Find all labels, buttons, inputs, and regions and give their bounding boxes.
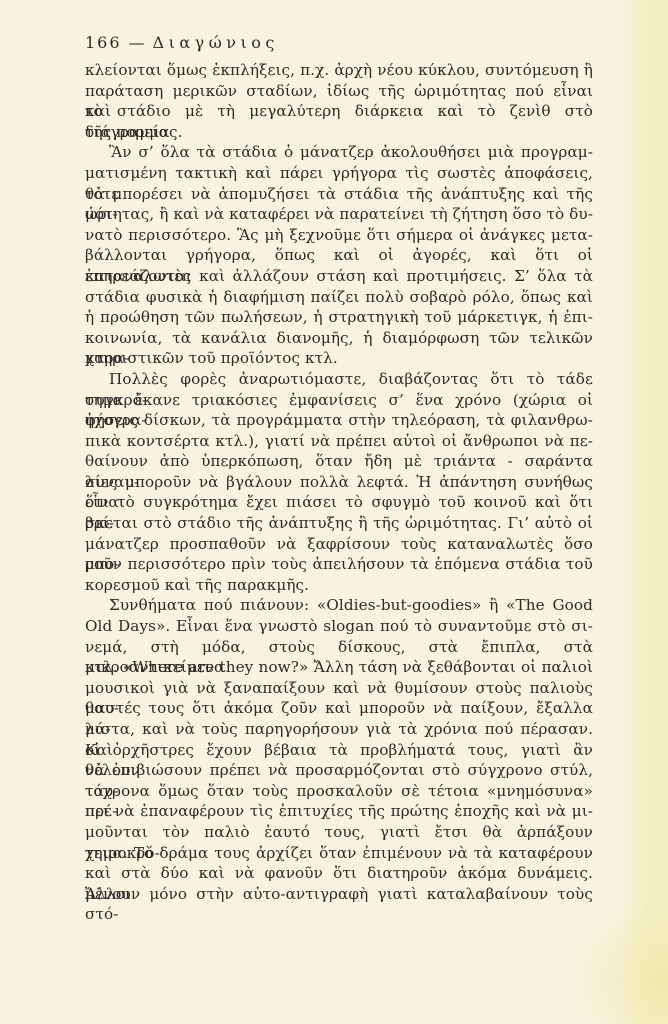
page-number: 166 xyxy=(85,33,122,52)
page-header: 166—Διαγώνιος xyxy=(85,33,279,52)
text-line: μουσικοὶ γιὰ νὰ ξαναπαίξουν καὶ νὰ θυμίσ… xyxy=(85,678,593,699)
text-line: τόχρονα ὅμως ὅταν τοὺς προσκαλοῦν σὲ τέτ… xyxy=(85,781,593,802)
text-line: οἱ ὀρχῆστρες ἔχουν βέβαια τὰ προβλήματά … xyxy=(85,740,593,761)
text-line: ἐπηρεάζονται καὶ ἀλλάζουν στάση καὶ προτ… xyxy=(85,266,593,287)
text-line: κτλ. «Where are they now?» Ἄλλη τάση νὰ … xyxy=(85,657,593,678)
text-line: καὶ στὰ δύο καὶ νὰ φανοῦν ὅτι διατηροῦν … xyxy=(85,863,593,884)
text-line: λιστα, καὶ νὰ τοὺς παρηγορήσουν γιὰ τὰ χ… xyxy=(85,719,593,740)
text-line: παράταση μερικῶν σταδίων, ἰδίως τῆς ὡριμ… xyxy=(85,81,593,102)
text-line: κορεσμοῦ καὶ τῆς παρακμῆς. xyxy=(85,575,593,596)
text-line: Old Days». Εἶναι ἕνα γνωστὸ slogan πού τ… xyxy=(85,616,593,637)
text-line: νατὸ περισσότερο. Ἂς μὴ ξεχνοῦμε ὅτι σήμ… xyxy=(85,225,593,246)
text-line: τῆς πορείας. xyxy=(85,122,593,143)
text-line: λίες μποροῦν νὰ βγάλουν πολλὰ λεφτά. Ἡ ἀ… xyxy=(85,472,593,493)
text-line: κλείονται ὅμως ἐκπλήξεις, π.χ. ἀρχὴ νέου… xyxy=(85,60,593,81)
text-line: μένουν μόνο στὴν αὐτο-αντιγραφὴ γιατὶ κα… xyxy=(85,884,593,905)
text-line: μοῦνται τὸν παλιὸ ἑαυτό τους, γιατὶ ἔτσι… xyxy=(85,822,593,843)
header-separator: — xyxy=(129,33,146,52)
text-line: πικὰ κοντσέρτα κτλ.), γιατί νὰ πρέπει αὐ… xyxy=(85,431,593,452)
text-line: ματισμένη τακτικὴ καὶ πάρει γρήγορα τὶς … xyxy=(85,163,593,184)
text-line: ὅτι τὸ συγκρότημα ἔχει πιάσει τὸ σφυγμὸ … xyxy=(85,492,593,513)
text-line: βάλλονται γρήγορα, ὅπως καὶ οἱ ἀγορές, κ… xyxy=(85,245,593,266)
text-line: στάδια φυσικὰ ἡ διαφήμιση παίζει πολὺ σο… xyxy=(85,287,593,308)
page-body: κλείονται ὅμως ἐκπλήξεις, π.χ. ἀρχὴ νέου… xyxy=(85,60,593,904)
text-line: Πολλὲς φορὲς ἀναρωτιόμαστε, διαβάζοντας … xyxy=(85,369,593,390)
text-line: θαίνουν ἀπὸ ὑπερκόπωση, ὅταν ἤδη μὲ τριά… xyxy=(85,451,593,472)
scanned-book-page: 166—Διαγώνιος κλείονται ὅμως ἐκπλήξεις, … xyxy=(0,0,668,1024)
text-line: σκεται στὸ στάδιο τῆς ἀνάπτυξης ἢ τῆς ὡρ… xyxy=(85,513,593,534)
text-line: θὰ μπορέσει νὰ ἀπομυζήσει τὰ στάδια τῆς … xyxy=(85,184,593,205)
text-line: νὰ ἐπιβιώσουν πρέπει νὰ προσαρμόζονται σ… xyxy=(85,760,593,781)
text-line: τημα. Τὸ δράμα τους ἀρχίζει ὅταν ἐπιμένο… xyxy=(85,843,593,864)
text-line: φήσεις δίσκων, τὰ προγράμματα στὴν τηλεό… xyxy=(85,410,593,431)
text-line: μότητας, ἢ καὶ νὰ καταφέρει νὰ παρατείνε… xyxy=(85,204,593,225)
text-line: κοινωνία, τὰ κανάλια διανομῆς, ἡ διαμόρφ… xyxy=(85,328,593,349)
text-line: μαστές τους ὅτι ἀκόμα ζοῦν καὶ μποροῦν ν… xyxy=(85,698,593,719)
text-line: ἡ προώθηση τῶν πωλήσεων, ἡ στρατηγικὴ το… xyxy=(85,307,593,328)
text-line: ροῦν περισσότερο πρὶν τοὺς ἀπειλήσουν τὰ… xyxy=(85,554,593,575)
text-line: τὸ στάδιο μὲ τὴ μεγαλύτερη διάρκεια καὶ … xyxy=(85,101,593,122)
text-line: πει νὰ ἐπαναφέρουν τὶς ἐπιτυχίες τῆς πρώ… xyxy=(85,801,593,822)
text-line: νεμά, στὴ μόδα, στοὺς δίσκους, στὰ ἔπιπλ… xyxy=(85,637,593,658)
text-line: τημα ἔκανε τριακόσιες ἐμφανίσεις σ’ ἕνα … xyxy=(85,390,593,411)
text-line: Ἂν σ’ ὅλα τὰ στάδια ὁ μάνατζερ ἀκολουθήσ… xyxy=(85,142,593,163)
text-line: κτηριστικῶν τοῦ προϊόντος κτλ. xyxy=(85,348,593,369)
text-line: μάνατζερ προσπαθοῦν νὰ ξαφρίσουν τοὺς κα… xyxy=(85,534,593,555)
journal-title: Διαγώνιος xyxy=(153,33,279,52)
text-line: Συνθήματα πού πιάνουν: «Oldies-but-goodi… xyxy=(85,595,593,616)
